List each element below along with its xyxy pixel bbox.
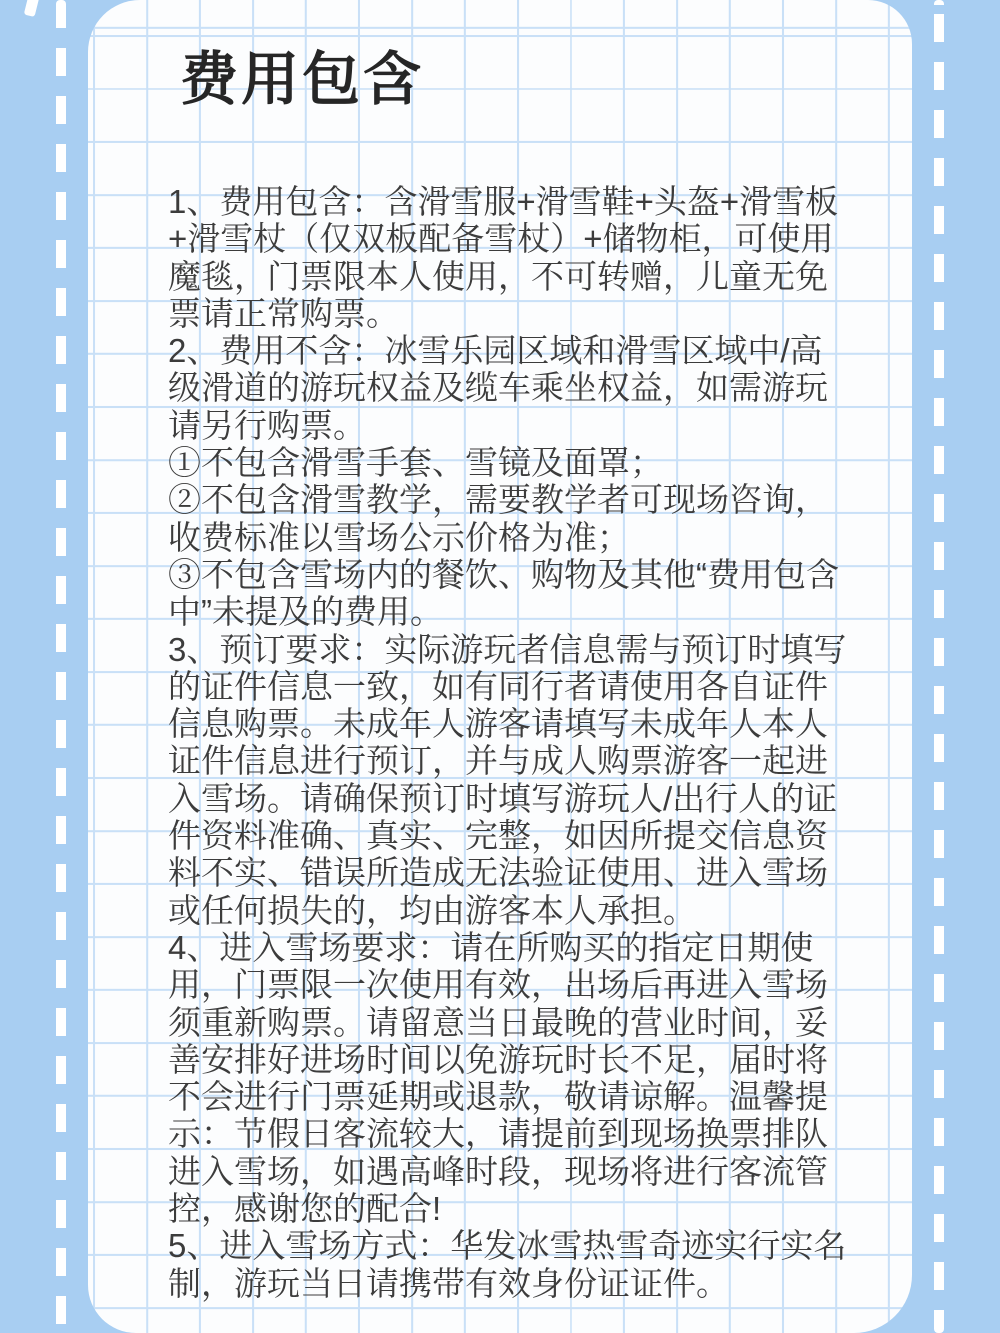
exclusion-item-2: ②不包含滑雪教学，需要教学者可现场咨询，收费标准以雪场公示价格为准； [168,481,852,556]
entry-method-paragraph: 5、进入雪场方式：华发冰雪热雪奇迹实行实名制，游玩当日请携带有效身份证证件。 [168,1227,852,1302]
exclusion-item-3: ③不包含雪场内的餐饮、购物及其他“费用包含中”未提及的费用。 [168,556,852,631]
exclusion-item-1: ①不包含滑雪手套、雪镜及面罩； [168,444,852,481]
page-title: 费用包含 [180,50,424,111]
fee-includes-paragraph: 1、费用包含：含滑雪服+滑雪鞋+头盔+滑雪板+滑雪杖（仅双板配备雪杖）+储物柜，… [168,183,852,332]
grid-paper-card: 费用包含 1、费用包含：含滑雪服+滑雪鞋+头盔+滑雪板+滑雪杖（仅双板配备雪杖）… [88,0,912,1333]
right-dashed-border [934,0,944,1333]
left-dashed-border [56,0,66,1333]
notice-page: 费用包含 1、费用包含：含滑雪服+滑雪鞋+头盔+滑雪板+滑雪杖（仅双板配备雪杖）… [0,0,1000,1333]
entry-requirements-paragraph: 4、进入雪场要求：请在所购买的指定日期使用，门票限一次使用有效，出场后再进入雪场… [168,929,852,1227]
fee-excludes-paragraph: 2、费用不含：冰雪乐园区域和滑雪区域中/高级滑道的游玩权益及缆车乘坐权益，如需游… [168,332,852,444]
corner-dash-decoration [24,0,40,17]
terms-text-block: 1、费用包含：含滑雪服+滑雪鞋+头盔+滑雪板+滑雪杖（仅双板配备雪杖）+储物柜，… [168,183,852,1302]
booking-requirements-paragraph: 3、预订要求：实际游玩者信息需与预订时填写的证件信息一致，如有同行者请使用各自证… [168,631,852,929]
